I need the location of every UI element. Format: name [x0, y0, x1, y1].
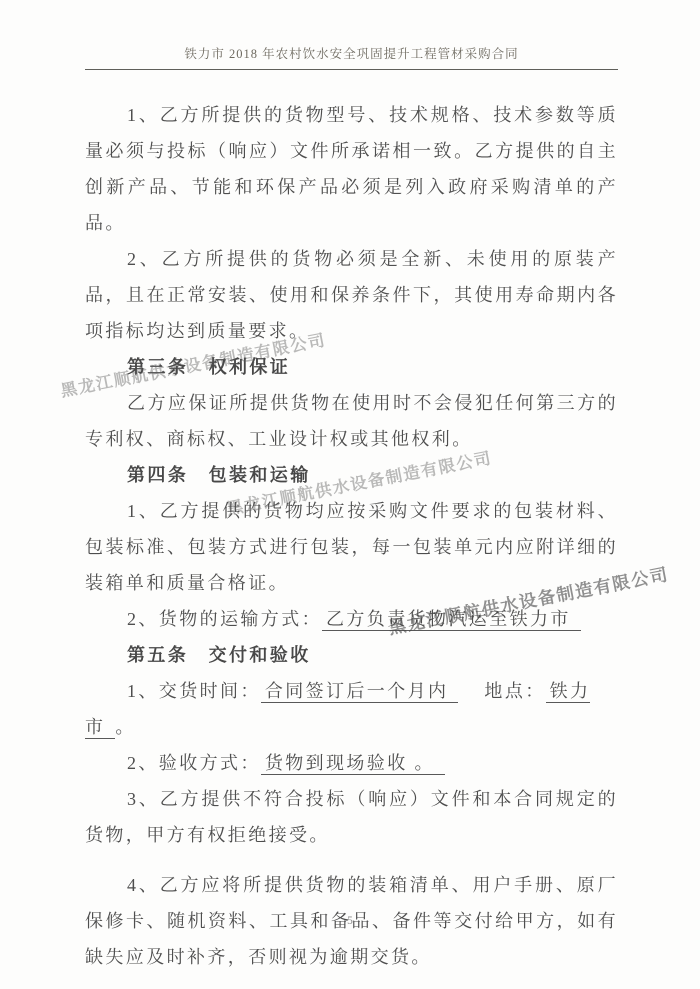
- clause-paragraph-brand-new: 2、乙方所提供的货物必须是全新、未使用的原装产品，且在正常安装、使用和保养条件下…: [85, 241, 618, 349]
- delivery-time-fill-in: 合同签订后一个月内: [261, 681, 459, 703]
- contract-body: 1、乙方所提供的货物型号、技术规格、技术参数等质量必须与投标（响应）文件所承诺相…: [85, 97, 618, 975]
- transport-mode-label: 2、货物的运输方式：: [127, 609, 322, 629]
- clause3-paragraph-rights: 乙方应保证所提供货物在使用时不会侵犯任何第三方的专利权、商标权、工业设计权或其他…: [85, 385, 618, 457]
- transport-mode-fill-in: 乙方负责货物汽运至铁力市: [322, 609, 581, 631]
- clause5-paragraph-delivery: 1、交货时间：合同签订后一个月内地点：铁力市。: [85, 673, 618, 745]
- sentence-period: 。: [115, 717, 135, 737]
- clause4-heading: 第四条 包装和运输: [85, 457, 618, 493]
- clause4-paragraph-transport: 2、货物的运输方式：乙方负责货物汽运至铁力市: [85, 601, 618, 637]
- page-number: 5: [0, 915, 700, 927]
- clause3-heading: 第三条 权利保证: [85, 349, 618, 385]
- clause5-heading: 第五条 交付和验收: [85, 637, 618, 673]
- clause4-paragraph-packing: 1、乙方提供的货物均应按采购文件要求的包装材料、包装标准、包装方式进行包装，每一…: [85, 493, 618, 601]
- delivery-location-label: 地点：: [484, 681, 545, 701]
- clause5-paragraph-rejection: 3、乙方提供不符合投标（响应）文件和本合同规定的货物，甲方有权拒绝接受。: [85, 781, 618, 853]
- clause-paragraph-quality: 1、乙方所提供的货物型号、技术规格、技术参数等质量必须与投标（响应）文件所承诺相…: [85, 97, 618, 241]
- delivery-time-label: 1、交货时间：: [127, 681, 261, 701]
- document-header-title: 铁力市 2018 年农村饮水安全巩固提升工程管材采购合同: [85, 44, 618, 70]
- contract-document-page: 铁力市 2018 年农村饮水安全巩固提升工程管材采购合同 1、乙方所提供的货物型…: [0, 0, 700, 989]
- acceptance-mode-fill-in: 货物到现场验收 。: [261, 753, 445, 775]
- acceptance-mode-label: 2、验收方式：: [127, 753, 261, 773]
- clause5-paragraph-acceptance: 2、验收方式：货物到现场验收 。: [85, 745, 618, 781]
